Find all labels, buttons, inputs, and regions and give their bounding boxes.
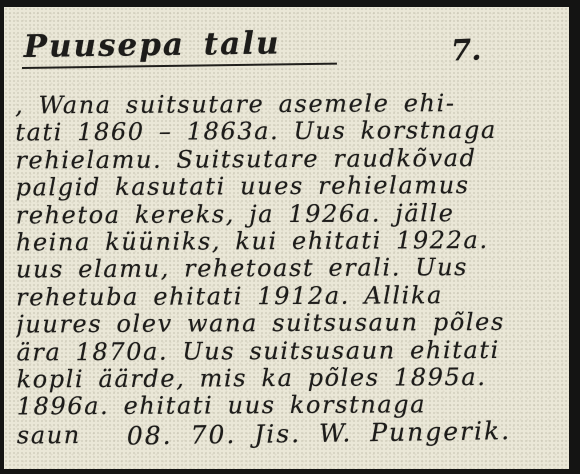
handwritten-text-block: , Wana suitsutare asemele ehi- tati 1860…: [15, 90, 560, 450]
page-number: 7.: [450, 32, 481, 67]
index-card: Puusepa talu 7. , Wana suitsutare asemel…: [4, 7, 569, 469]
title-row: Puusepa talu 7.: [22, 29, 551, 81]
document-title: Puusepa talu: [21, 25, 336, 69]
text-line: tati 1860 – 1863a. Uus korstnaga: [15, 117, 558, 147]
text-line: 1896a. ehitati uus korstnaga: [17, 391, 560, 421]
signature: 08. 70. Jis. W. Pungerik.: [127, 418, 512, 449]
text-line: rehielamu. Suitsutare raudkõvad: [15, 144, 558, 174]
text-line: rehetoa kereks, ja 1926a. jälle: [16, 199, 559, 229]
text-line: saun: [17, 422, 81, 450]
footer-row: saun 08. 70. Jis. W. Pungerik.: [17, 418, 560, 449]
text-line: , Wana suitsutare asemele ehi-: [15, 90, 558, 120]
text-line: heina küüniks, kui ehitati 1922a.: [16, 227, 559, 257]
text-line: rehetuba ehitati 1912a. Allika: [16, 281, 559, 311]
text-line: ära 1870a. Uus suitsusaun ehitati: [16, 336, 559, 366]
scanned-document: Puusepa talu 7. , Wana suitsutare asemel…: [0, 0, 580, 474]
text-line: juures olev wana suitsusaun põles: [16, 309, 559, 339]
text-line: palgid kasutati uues rehielamus: [15, 172, 558, 202]
text-line: kopli äärde, mis ka põles 1895a.: [17, 364, 560, 394]
text-line: uus elamu, rehetoast erali. Uus: [16, 254, 559, 284]
